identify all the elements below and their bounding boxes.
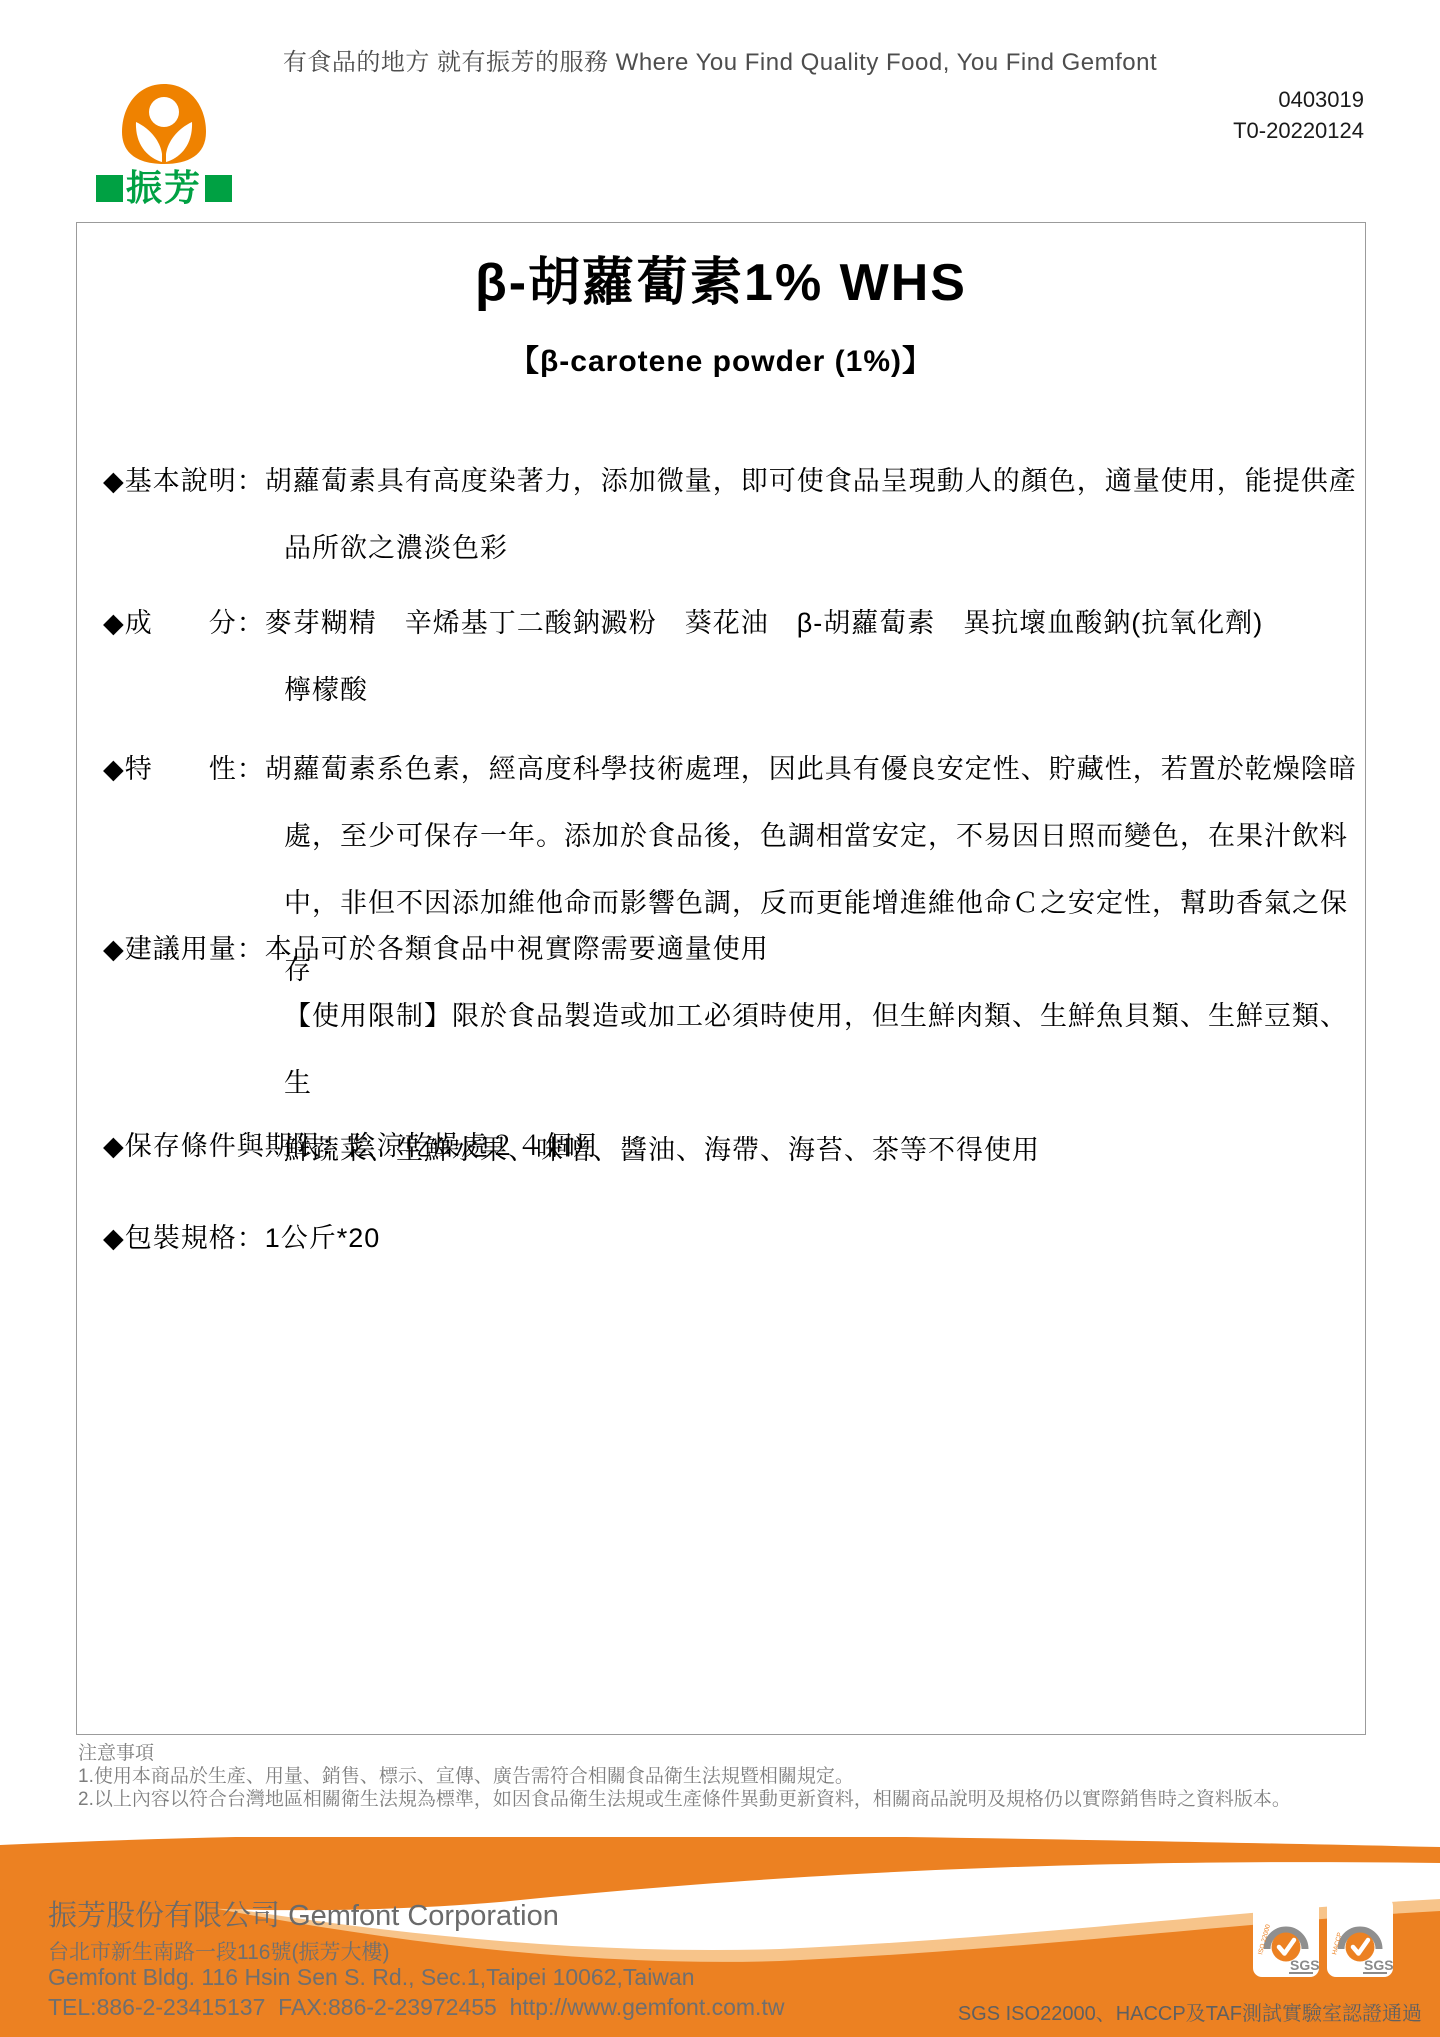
- section-text: 胡蘿蔔素系色素，經高度科學技術處理，因此具有優良安定性、貯藏性，若置於乾燥陰暗: [265, 754, 1357, 784]
- logo-band: 振芳: [96, 170, 232, 206]
- section-label: ◆特 性：: [103, 754, 265, 784]
- product-title: β-胡蘿蔔素1% WHS: [77, 240, 1365, 315]
- section-text: 陰涼乾燥處２４個月: [349, 1131, 601, 1161]
- section-storage: ◆保存條件與期限：陰涼乾燥處２４個月: [77, 1113, 1363, 1180]
- notice-item: 2.以上內容以符合台灣地區相關衛生法規為標準，如因食品衛生法規或生產條件異動更新…: [78, 1788, 1291, 1811]
- footer-address-zh: 台北市新生南路一段116號(振芳大樓): [48, 1936, 389, 1966]
- sgs-haccp-badge-icon: HACCP SGS: [1327, 1897, 1393, 1977]
- document-code: T0-20220124: [1233, 115, 1364, 146]
- section-text: 麥芽糊精 辛烯基丁二酸鈉澱粉 葵花油 β-胡蘿蔔素 異抗壞血酸鈉(抗氧化劑): [265, 608, 1264, 638]
- notice-item: 1.使用本商品於生產、用量、銷售、標示、宣傳、廣告需符合相關食品衛生法規暨相關規…: [78, 1765, 1291, 1788]
- section-label: ◆包裝規格：: [103, 1223, 265, 1253]
- footer-company: 振芳股份有限公司 Gemfont Corporation: [48, 1893, 559, 1934]
- sgs-badges: ISO 22000 SGS HACCP SGS: [1253, 1897, 1393, 1977]
- section-ingredients: ◆成 分：麥芽糊精 辛烯基丁二酸鈉澱粉 葵花油 β-胡蘿蔔素 異抗壞血酸鈉(抗氧…: [77, 590, 1363, 724]
- section-label: ◆保存條件與期限：: [103, 1131, 349, 1161]
- notice-section: 注意事項 1.使用本商品於生產、用量、銷售、標示、宣傳、廣告需符合相關食品衛生法…: [78, 1742, 1291, 1811]
- spec-box: β-胡蘿蔔素1% WHS 【β-carotene powder (1%)】 ◆基…: [76, 222, 1366, 1735]
- company-name-en: Gemfont Corporation: [288, 1900, 559, 1932]
- section-label: ◆基本說明：: [103, 466, 265, 496]
- logo-green-square: [96, 175, 123, 202]
- logo-green-square: [205, 175, 232, 202]
- company-name-zh: 振芳股份有限公司: [48, 1900, 280, 1932]
- section-text: 1公斤*20: [265, 1223, 381, 1253]
- logo-brand-text: 振芳: [123, 170, 205, 206]
- section-text: 本品可於各類食品中視實際需要適量使用: [265, 934, 769, 964]
- section-label: ◆成 分：: [103, 608, 265, 638]
- notice-heading: 注意事項: [78, 1742, 1291, 1765]
- section-text: 品所欲之濃淡色彩: [77, 515, 1363, 582]
- document-page: 有食品的地方 就有振芳的服務 Where You Find Quality Fo…: [0, 0, 1440, 2037]
- section-label: ◆建議用量：: [103, 934, 265, 964]
- product-subtitle: 【β-carotene powder (1%)】: [77, 336, 1365, 380]
- svg-text:SGS: SGS: [1364, 1957, 1393, 1973]
- footer-address-en: Gemfont Bldg. 116 Hsin Sen S. Rd., Sec.1…: [48, 1964, 695, 1991]
- section-text: 胡蘿蔔素具有高度染著力，添加微量，即可使食品呈現動人的顏色，適量使用，能提供產: [265, 466, 1357, 496]
- svg-text:SGS: SGS: [1290, 1957, 1319, 1973]
- footer-contact: TEL:886-2-23415137 FAX:886-2-23972455 ht…: [48, 1994, 784, 2021]
- section-basic-description: ◆基本說明：胡蘿蔔素具有高度染著力，添加微量，即可使食品呈現動人的顏色，適量使用…: [77, 448, 1363, 582]
- section-text: 處，至少可保存一年。添加於食品後，色調相當安定，不易因日照而變色，在果汁飲料: [77, 803, 1363, 870]
- sprout-logo-icon: [120, 82, 208, 166]
- footer: 振芳股份有限公司 Gemfont Corporation 台北市新生南路一段11…: [0, 1837, 1440, 2037]
- section-text: 檸檬酸: [77, 657, 1363, 724]
- section-text: 【使用限制】限於食品製造或加工必須時使用，但生鮮肉類、生鮮魚貝類、生鮮豆類、生: [77, 983, 1363, 1117]
- header-tagline: 有食品的地方 就有振芳的服務 Where You Find Quality Fo…: [0, 42, 1440, 77]
- sgs-iso22000-badge-icon: ISO 22000 SGS: [1253, 1897, 1319, 1977]
- footer-certification-text: SGS ISO22000、HACCP及TAF測試實驗室認證通過: [958, 1997, 1422, 2026]
- section-packaging: ◆包裝規格：1公斤*20: [77, 1205, 1363, 1272]
- document-numbers: 0403019 T0-20220124: [1233, 84, 1364, 146]
- document-number: 0403019: [1233, 84, 1364, 115]
